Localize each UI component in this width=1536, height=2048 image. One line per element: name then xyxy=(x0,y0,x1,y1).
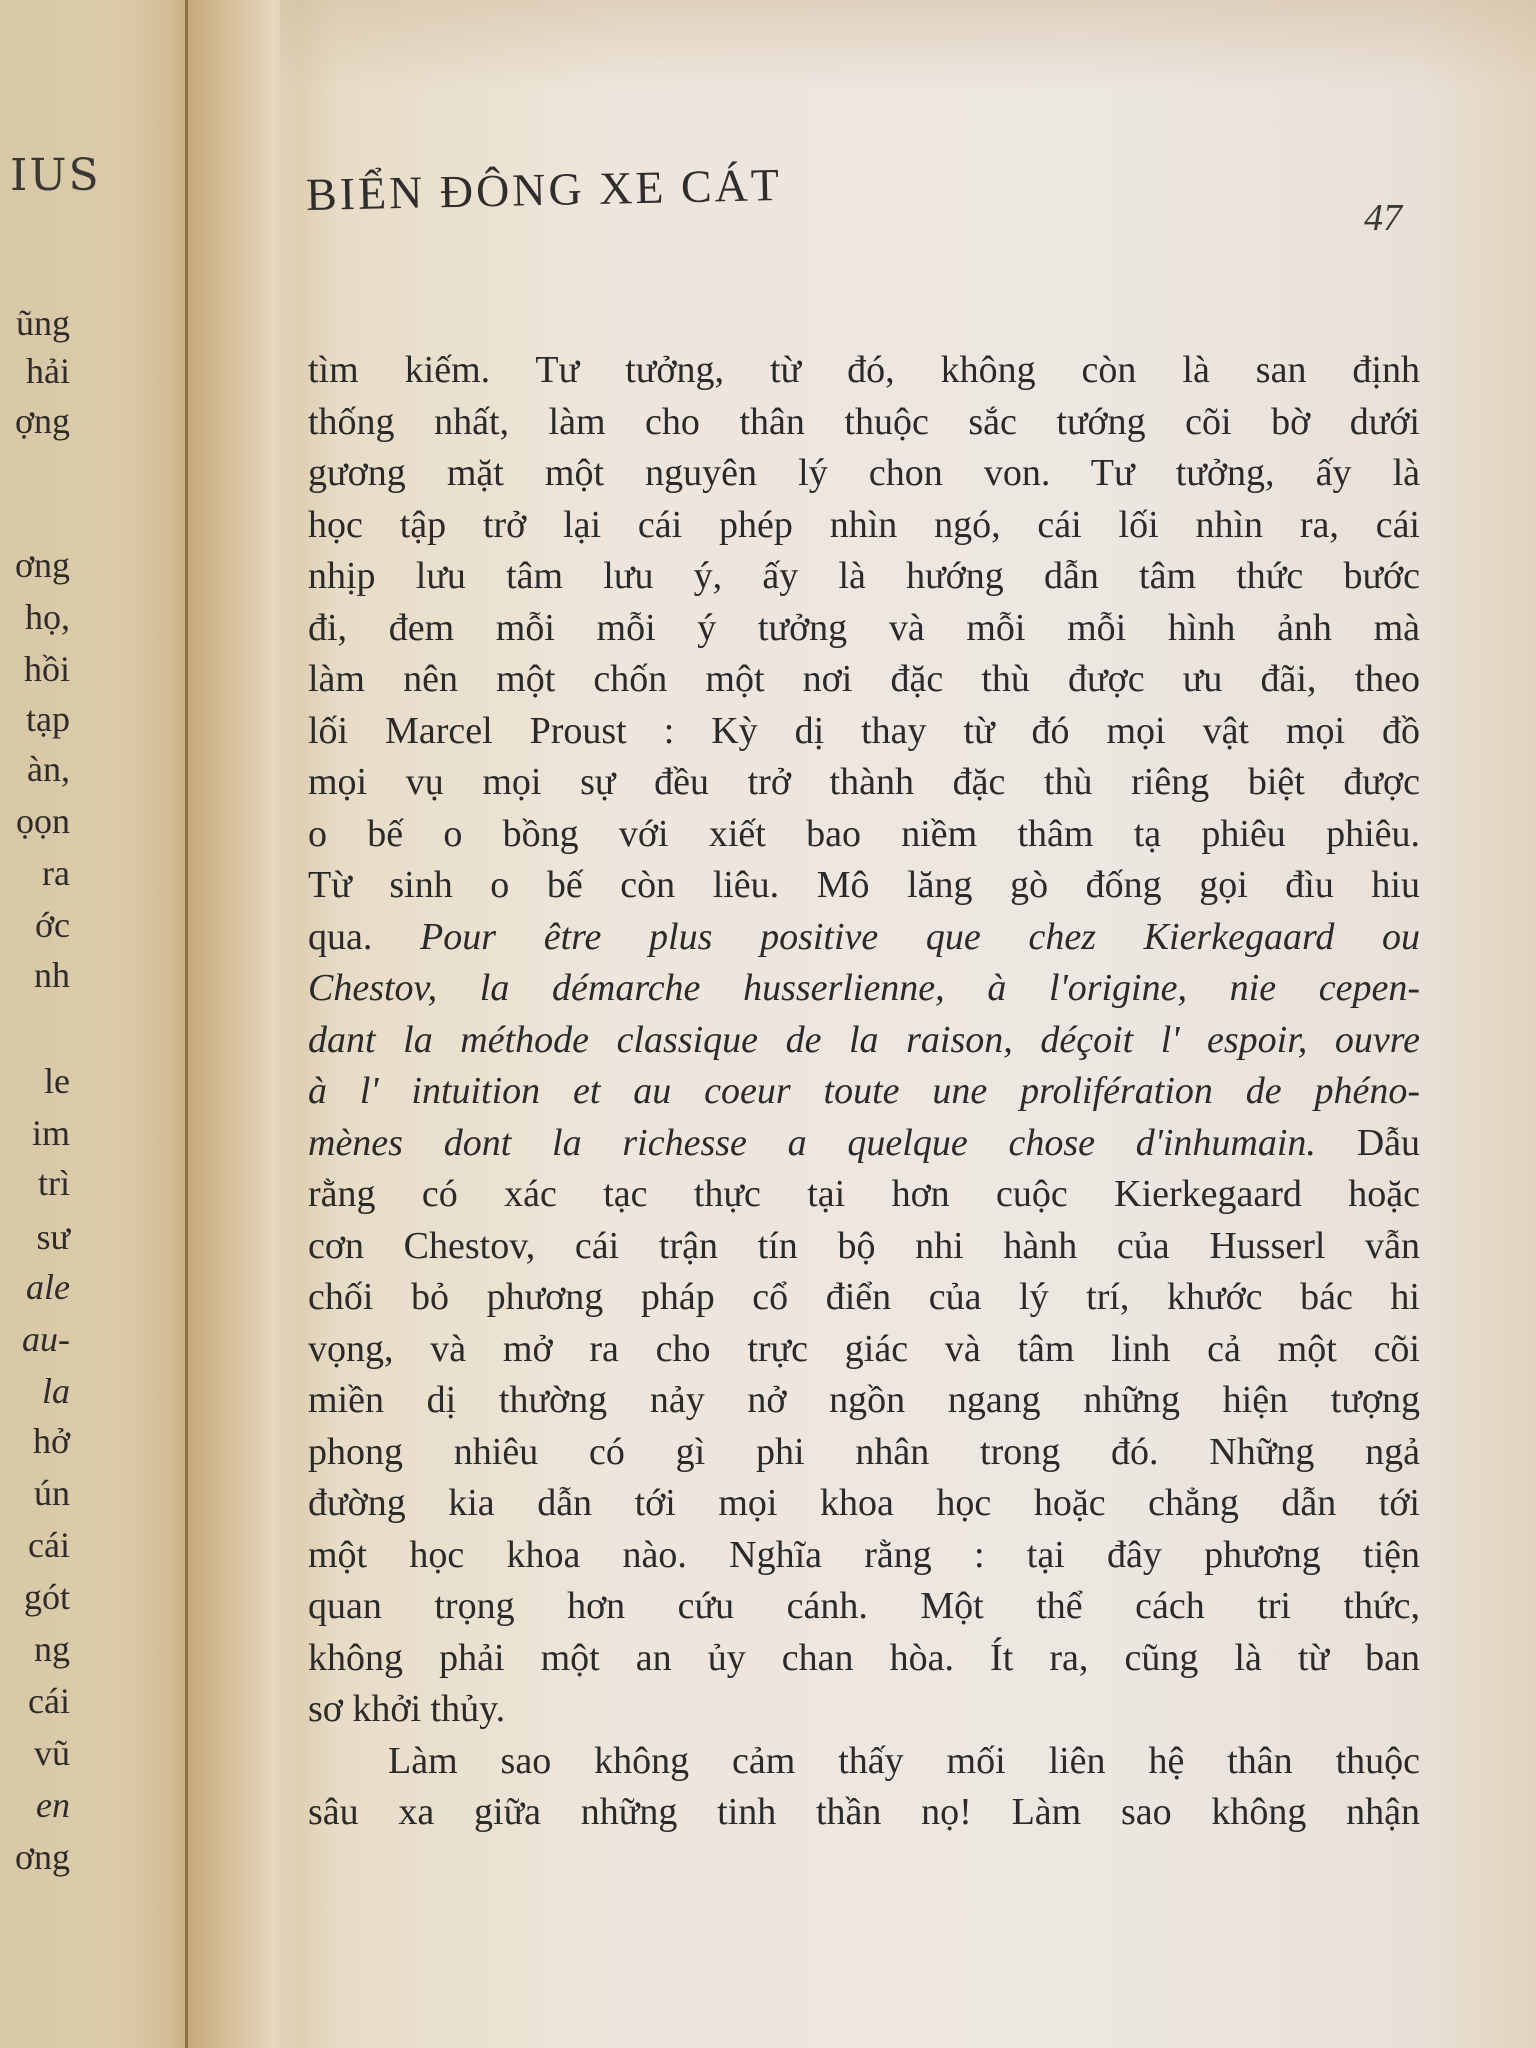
left-line-fragment: ũng xyxy=(0,302,70,344)
text-line: o bế o bồng với xiết bao niềm thâm tạ ph… xyxy=(308,809,1420,861)
right-page: BIỂN ĐÔNG XE CÁT 47 tìm kiếm. Tư tưởng, … xyxy=(280,0,1536,2048)
text-line: đường kia dẫn tới mọi khoa học hoặc chẳn… xyxy=(308,1478,1420,1530)
text-line: nhịp lưu tâm lưu ý, ấy là hướng dẫn tâm … xyxy=(308,551,1420,603)
text-line: rằng có xác tạc thực tại hơn cuộc Kierke… xyxy=(308,1169,1420,1221)
text-line: mènes dont la richesse a quelque chose d… xyxy=(308,1118,1420,1170)
left-line-fragment: hồi xyxy=(0,648,70,690)
left-line-fragment: la xyxy=(0,1370,70,1412)
left-line-fragment: cái xyxy=(0,1680,70,1722)
text-line: sơ khởi thủy. xyxy=(308,1684,1420,1736)
french-quote-segment: dant la méthode classique de la raison, … xyxy=(308,1019,1420,1061)
left-line-fragment: ơng xyxy=(0,1836,70,1878)
page-top-shadow xyxy=(280,0,1536,90)
text-line: qua. Pour être plus positive que chez Ki… xyxy=(308,912,1420,964)
left-line-fragment: nh xyxy=(0,954,70,996)
page-number: 47 xyxy=(1364,196,1402,240)
left-line-fragment: trì xyxy=(0,1162,70,1204)
left-line-fragment: sư xyxy=(0,1216,70,1258)
text-line: à l' intuition et au coeur toute une pro… xyxy=(308,1066,1420,1118)
text-line: một học khoa nào. Nghĩa rằng : tại đây p… xyxy=(308,1530,1420,1582)
left-line-fragment: họ, xyxy=(0,596,70,638)
left-line-fragment: im xyxy=(0,1112,70,1154)
text-line: Từ sinh o bế còn liêu. Mô lăng gò đống g… xyxy=(308,860,1420,912)
french-quote-segment: Chestov, la démarche husserlienne, à l'o… xyxy=(308,967,1420,1009)
french-quote-segment: mènes dont la richesse a quelque chose d… xyxy=(308,1122,1316,1164)
french-quote-segment: à l' intuition et au coeur toute une pro… xyxy=(308,1070,1420,1112)
left-running-head-fragment: IUS xyxy=(10,150,101,201)
left-line-fragment: hở xyxy=(0,1420,70,1462)
text-line: miền dị thường nảy nở ngồn ngang những h… xyxy=(308,1375,1420,1427)
page-fold-line xyxy=(185,0,188,2048)
running-head: BIỂN ĐÔNG XE CÁT xyxy=(305,158,782,221)
left-line-fragment: en xyxy=(0,1784,70,1826)
text-line: gương mặt một nguyên lý chon von. Tư tưở… xyxy=(308,448,1420,500)
left-line-fragment: gót xyxy=(0,1576,70,1618)
text-line: phong nhiêu có gì phi nhân trong đó. Nhữ… xyxy=(308,1427,1420,1479)
left-line-fragment: le xyxy=(0,1060,70,1102)
left-line-fragment: au- xyxy=(0,1318,70,1360)
text-line: dant la méthode classique de la raison, … xyxy=(308,1015,1420,1067)
text-line: Làm sao không cảm thấy mối liên hệ thân … xyxy=(308,1736,1420,1788)
text-line: vọng, và mở ra cho trực giác và tâm linh… xyxy=(308,1324,1420,1376)
left-line-fragment: vũ xyxy=(0,1732,70,1774)
left-line-fragment: ơng xyxy=(0,544,70,586)
text-segment: Dẫu xyxy=(1316,1122,1420,1164)
text-line: thống nhất, làm cho thân thuộc sắc tướng… xyxy=(308,397,1420,449)
text-segment: qua. xyxy=(308,916,420,958)
left-line-fragment: ra xyxy=(0,852,70,894)
left-line-fragment: ale xyxy=(0,1266,70,1308)
body-text: tìm kiếm. Tư tưởng, từ đó, không còn là … xyxy=(308,345,1420,1839)
left-line-fragment: ún xyxy=(0,1472,70,1514)
text-line: học tập trở lại cái phép nhìn ngó, cái l… xyxy=(308,500,1420,552)
left-line-fragment: hải xyxy=(0,350,70,392)
text-line: mọi vụ mọi sự đều trở thành đặc thù riên… xyxy=(308,757,1420,809)
text-line: tìm kiếm. Tư tưởng, từ đó, không còn là … xyxy=(308,345,1420,397)
left-page: IUS ũnghảiợngơnghọ,hồitạpàn,ọọnraớcnhlei… xyxy=(0,0,192,2048)
text-line: quan trọng hơn cứu cánh. Một thể cách tr… xyxy=(308,1581,1420,1633)
left-line-fragment: ớc xyxy=(0,904,70,946)
left-line-fragment: ọọn xyxy=(0,800,70,842)
book-spread-photo: IUS ũnghảiợngơnghọ,hồitạpàn,ọọnraớcnhlei… xyxy=(0,0,1536,2048)
text-line: đi, đem mỗi mỗi ý tưởng và mỗi mỗi hình … xyxy=(308,603,1420,655)
left-line-fragment: cái xyxy=(0,1524,70,1566)
left-line-fragment: ng xyxy=(0,1628,70,1670)
text-line: làm nên một chốn một nơi đặc thù được ưu… xyxy=(308,654,1420,706)
text-line: lối Marcel Proust : Kỳ dị thay từ đó mọi… xyxy=(308,706,1420,758)
left-line-fragment: tạp xyxy=(0,698,70,740)
french-quote-segment: Pour être plus positive que chez Kierkeg… xyxy=(420,916,1420,958)
text-line: cơn Chestov, cái trận tín bộ nhi hành củ… xyxy=(308,1221,1420,1273)
text-line: không phải một an ủy chan hòa. Ít ra, cũ… xyxy=(308,1633,1420,1685)
text-line: Chestov, la démarche husserlienne, à l'o… xyxy=(308,963,1420,1015)
left-line-fragment: àn, xyxy=(0,748,70,790)
text-line: chối bỏ phương pháp cổ điển của lý trí, … xyxy=(308,1272,1420,1324)
left-line-fragment: ợng xyxy=(0,400,70,442)
text-line: sâu xa giữa những tinh thần nọ! Làm sao … xyxy=(308,1787,1420,1839)
